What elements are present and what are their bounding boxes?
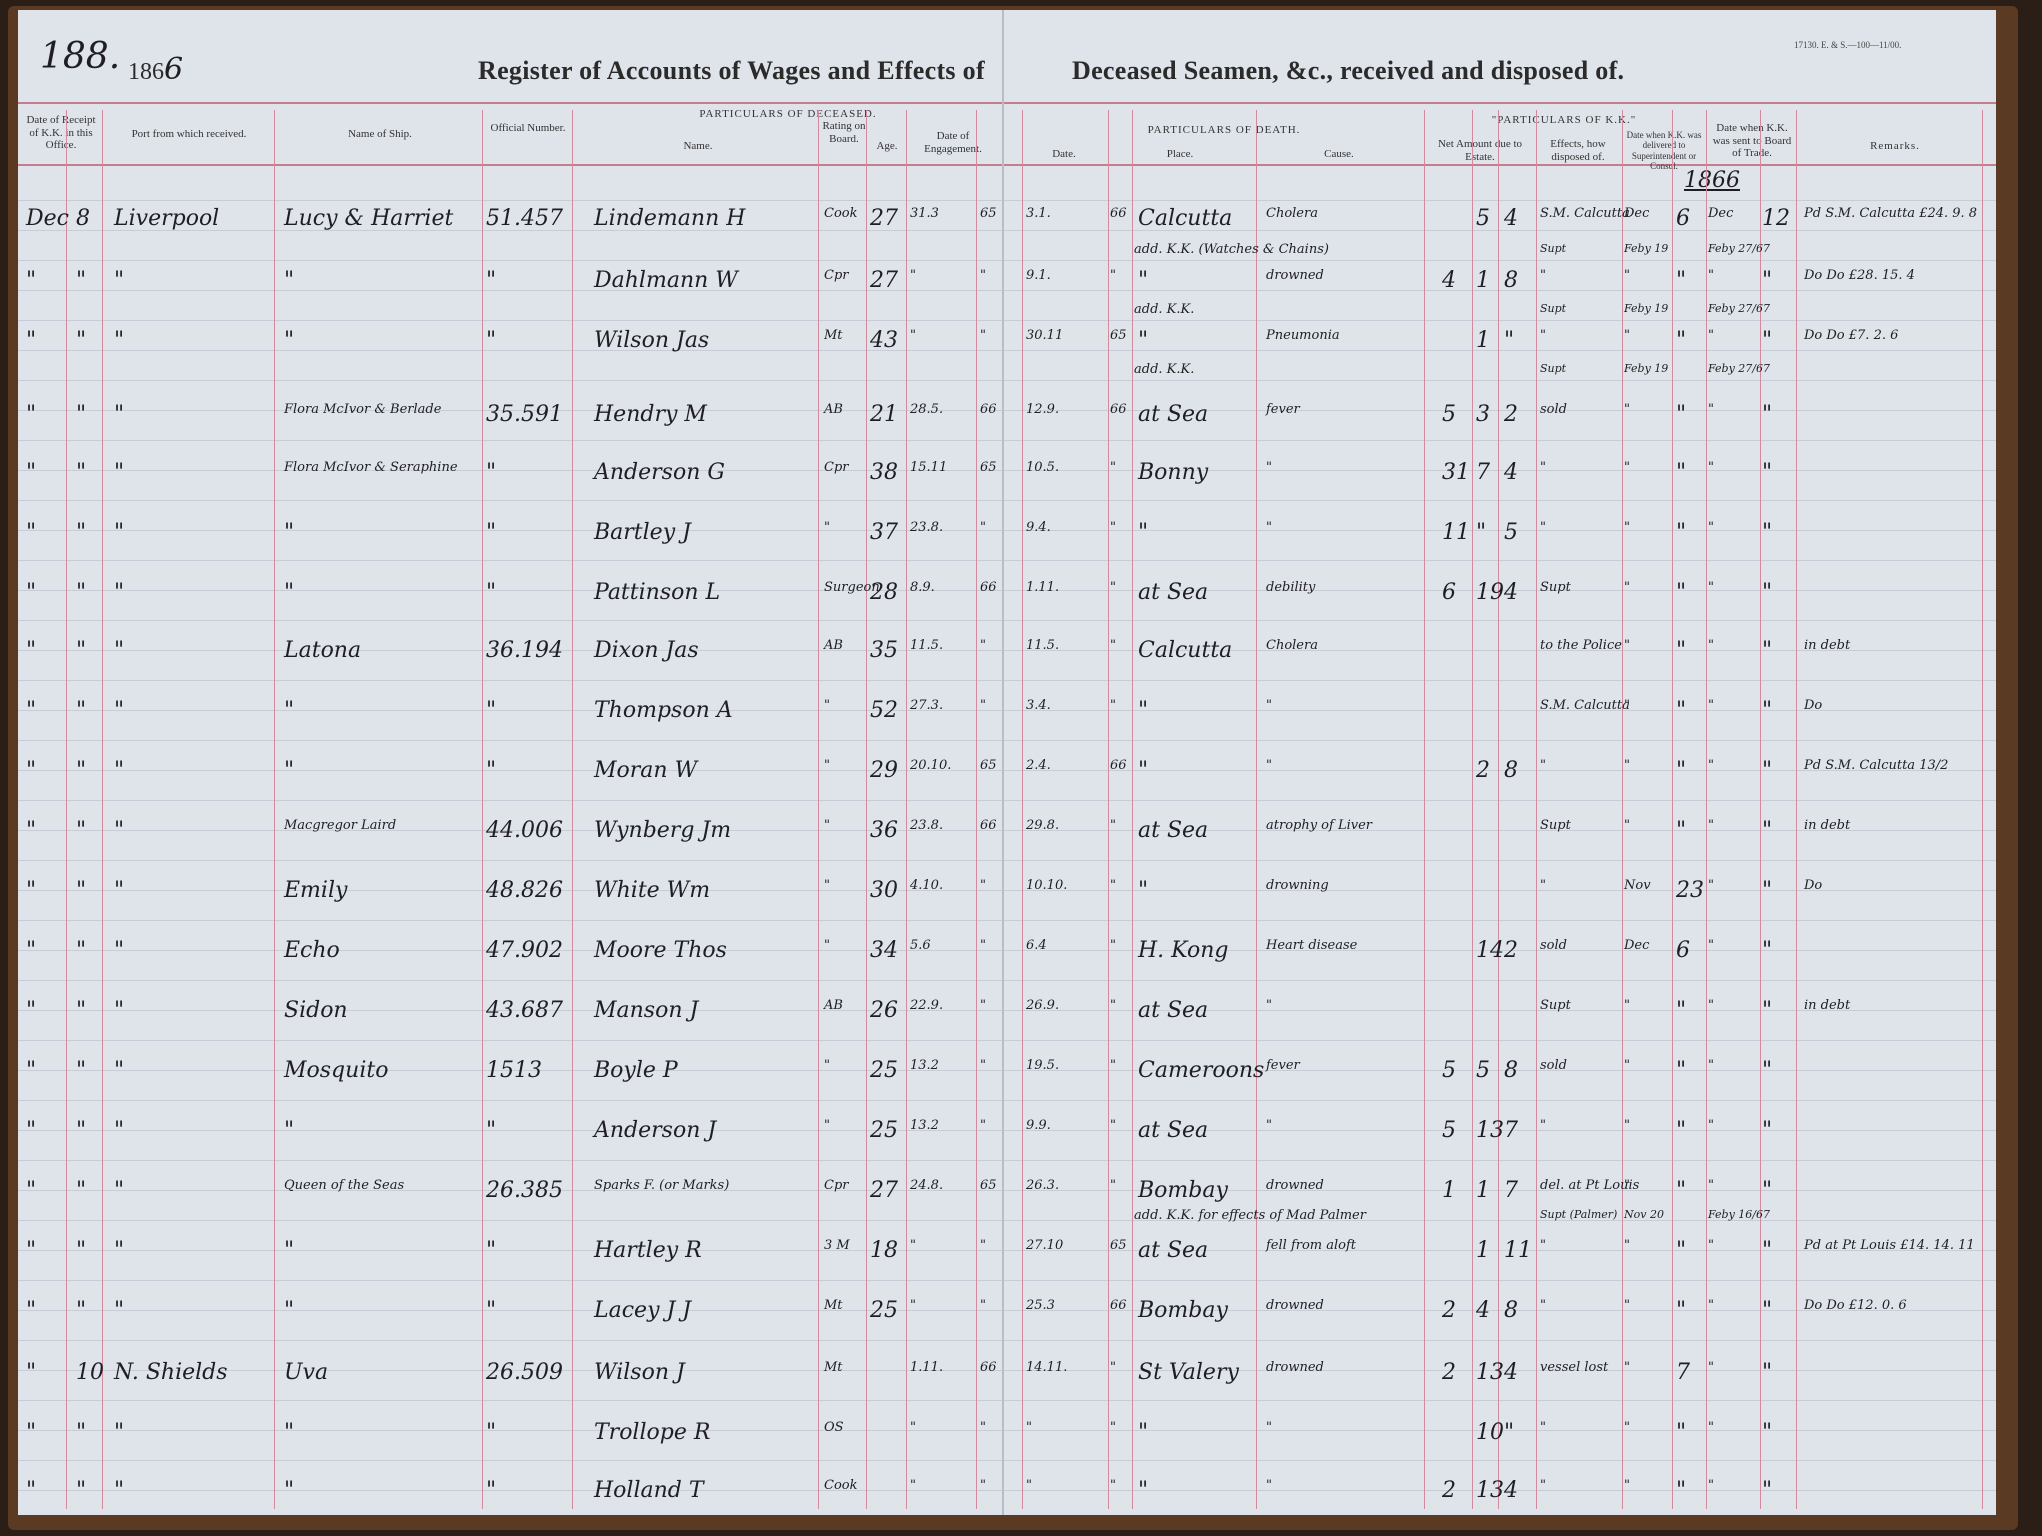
date-month: " [26,758,36,783]
delivered-month: " [1624,698,1630,713]
column-rule [976,110,977,1509]
date-day: 8 [76,206,90,231]
delivered-day: " [1676,1298,1686,1323]
official-number: 26.385 [486,1178,563,1203]
delivered-month: " [1624,1360,1630,1375]
date-day: " [76,1478,86,1503]
column-rule [1022,110,1023,1509]
seaman-name: Moran W [594,758,697,783]
ruled-line [18,560,1002,561]
death-year: " [1110,818,1116,833]
date-day: " [76,878,86,903]
seaman-name: Dahlmann W [594,268,738,293]
ruled-line [1004,560,1996,561]
port: " [114,998,124,1023]
death-cause: Cholera [1266,206,1318,221]
amount-pence: 11 [1504,1238,1532,1263]
death-date: " [1026,1478,1032,1493]
ruled-line [18,1100,1002,1101]
ruled-line [18,770,1002,771]
date-month: " [26,1118,36,1143]
column-rule [1498,110,1499,1509]
column-rule [1982,110,1983,1509]
date-day: " [76,818,86,843]
death-date: 14.11. [1026,1360,1067,1375]
ship-name: " [284,1238,294,1263]
death-cause: drowning [1266,878,1329,893]
seaman-name: Anderson J [594,1118,716,1143]
additional-kk-note: add. K.K. (Watches & Chains) [1134,242,1329,257]
rating: AB [824,638,843,653]
age: 21 [870,402,898,427]
ship-name: " [284,580,294,605]
ruled-line [18,500,1002,501]
death-date: 2.4. [1026,758,1051,773]
ruled-line [1004,1040,1996,1041]
ruled-line [1004,290,1996,291]
rating: " [824,1058,830,1073]
amount-shillings: 1 [1476,328,1490,353]
ruled-line [18,1460,1002,1461]
date-day: " [76,938,86,963]
port: " [114,818,124,843]
sent-day: " [1762,1178,1772,1203]
date-day: " [76,402,86,427]
engagement-year: 65 [980,1178,997,1193]
engagement-date: " [910,1420,916,1435]
official-number: " [486,268,496,293]
sent-day: " [1762,938,1772,963]
rating: Mt [824,1298,843,1313]
age: 34 [870,938,898,963]
ruled-line [1004,530,1996,531]
death-cause: " [1266,698,1272,713]
ship-name: " [284,1478,294,1503]
date-day: " [76,1178,86,1203]
ruled-line [18,860,1002,861]
age: 25 [870,1298,898,1323]
amount-pounds: 2 [1442,1360,1456,1385]
engagement-year: " [980,328,986,343]
amount-pence: " [1504,328,1514,353]
delivered-day: " [1676,998,1686,1023]
port: " [114,638,124,663]
engagement-date: 15.11 [910,460,947,475]
remarks: Do Do £28. 15. 4 [1804,268,1915,283]
date-month: " [26,1298,36,1323]
note-effects: Supt [1540,362,1566,375]
port: " [114,580,124,605]
header-bottom-rule [1004,164,1996,166]
effects-disposal: " [1540,328,1546,343]
port: " [114,402,124,427]
engagement-year: " [980,268,986,283]
seaman-name: Thompson A [594,698,733,723]
ruled-line [1004,1100,1996,1101]
delivered-day: " [1676,758,1686,783]
death-place: at Sea [1138,998,1208,1023]
ruled-line [1004,380,1996,381]
delivered-day: " [1676,638,1686,663]
delivered-day: " [1676,1238,1686,1263]
engagement-date: 23.8. [910,520,943,535]
seaman-name: Bartley J [594,520,691,545]
death-date: 10.5. [1026,460,1059,475]
year-marker-1866: 1866 [1684,168,1740,193]
date-month: " [26,878,36,903]
amount-pounds: 2 [1442,1478,1456,1503]
delivered-day: " [1676,402,1686,427]
death-year: " [1110,268,1116,283]
rating: " [824,878,830,893]
ruled-line [1004,1400,1996,1401]
death-place: St Valery [1138,1360,1239,1385]
death-year: 66 [1110,1298,1127,1313]
folio-number: 188. [40,36,120,77]
delivered-month: " [1624,1238,1630,1253]
date-month: " [26,402,36,427]
note-effects: Supt [1540,242,1566,255]
amount-shillings: 10 [1476,1420,1504,1445]
header-death-date: Date. [1024,148,1104,161]
effects-disposal: to the Police [1540,638,1622,653]
death-date: 9.9. [1026,1118,1051,1133]
death-date: " [1026,1420,1032,1435]
amount-pence: " [1504,1420,1514,1445]
seaman-name: White Wm [594,878,710,903]
remarks: Do [1804,698,1822,713]
official-number: 51.457 [486,206,563,231]
delivered-month: " [1624,460,1630,475]
sent-month: " [1708,460,1714,475]
column-rule [906,110,907,1509]
engagement-date: " [910,268,916,283]
sent-month: " [1708,1058,1714,1073]
ruled-line [18,260,1002,261]
port: " [114,328,124,353]
column-rule [482,110,483,1509]
port: " [114,1478,124,1503]
header-cause: Cause. [1254,148,1424,161]
amount-shillings: 19 [1476,580,1504,605]
note-sent: Feby 27/67 [1708,242,1770,255]
sent-month: " [1708,402,1714,417]
sent-month: " [1708,878,1714,893]
amount-shillings: 4 [1476,1298,1490,1323]
amount-shillings: 14 [1476,938,1504,963]
death-date: 3.4. [1026,698,1051,713]
death-year: 66 [1110,206,1127,221]
official-number: " [486,520,496,545]
additional-kk-note: add. K.K. [1134,362,1194,377]
delivered-month: " [1624,1178,1630,1193]
ruled-line [1004,260,1996,261]
death-date: 29.8. [1026,818,1059,833]
delivered-month: Dec [1624,206,1649,221]
delivered-month: " [1624,1118,1630,1133]
ship-name: " [284,520,294,545]
ship-name: " [284,1118,294,1143]
ruled-line [1004,680,1996,681]
official-number: " [486,328,496,353]
port: " [114,698,124,723]
sent-day: " [1762,1360,1772,1385]
sent-month: " [1708,328,1714,343]
date-day: " [76,268,86,293]
sent-month: Dec [1708,206,1733,221]
ruled-line [1004,1340,1996,1341]
seaman-name: Wilson Jas [594,328,709,353]
engagement-date: 27.3. [910,698,943,713]
column-rule [866,110,867,1509]
delivered-month: " [1624,328,1630,343]
age: 27 [870,206,898,231]
date-day: " [76,998,86,1023]
ship-name: Echo [284,938,340,963]
sent-month: " [1708,1360,1714,1375]
seaman-name: Sparks F. (or Marks) [594,1178,729,1193]
official-number: 44.006 [486,818,563,843]
ship-name: Sidon [284,998,348,1023]
ship-name: Macgregor Laird [284,818,396,833]
delivered-month: " [1624,580,1630,595]
engagement-year: " [980,1298,986,1313]
death-cause: fell from aloft [1266,1238,1356,1253]
death-date: 10.10. [1026,878,1067,893]
rating: " [824,758,830,773]
column-rule [1132,110,1133,1509]
amount-pounds: 5 [1442,1118,1456,1143]
column-rule [1108,110,1109,1509]
amount-pence: 8 [1504,1298,1518,1323]
date-day: " [76,460,86,485]
death-date: 27.10 [1026,1238,1063,1253]
effects-disposal: " [1540,1420,1546,1435]
header-top-rule [18,102,1002,104]
rating: " [824,520,830,535]
effects-disposal: " [1540,268,1546,283]
amount-shillings: 1 [1476,1238,1490,1263]
column-rule [572,110,573,1509]
effects-disposal: " [1540,460,1546,475]
column-rule [1424,110,1425,1509]
ship-name: Queen of the Seas [284,1178,404,1193]
header-sent-bot: Date when K.K. was sent to Board of Trad… [1708,122,1796,160]
note-delivered: Feby 19 [1624,302,1668,315]
death-cause: debility [1266,580,1315,595]
engagement-date: 31.3 [910,206,939,221]
death-place: " [1138,1420,1148,1445]
port: " [114,268,124,293]
delivered-day: " [1676,328,1686,353]
sent-month: " [1708,1420,1714,1435]
effects-disposal: vessel lost [1540,1360,1608,1375]
column-rule [818,110,819,1509]
delivered-day: " [1676,818,1686,843]
amount-pence: 8 [1504,758,1518,783]
date-month: " [26,1478,36,1503]
column-rule [1536,110,1537,1509]
death-year: " [1110,1118,1116,1133]
date-day: " [76,638,86,663]
engagement-date: 4.10. [910,878,943,893]
delivered-day: " [1676,698,1686,723]
remarks: in debt [1804,638,1850,653]
engagement-year: " [980,1058,986,1073]
delivered-day: " [1676,520,1686,545]
death-place: " [1138,268,1148,293]
death-cause: " [1266,1420,1272,1435]
note-effects: Supt (Palmer) [1540,1208,1617,1221]
amount-pence: 2 [1504,938,1518,963]
engagement-year: 66 [980,580,997,595]
header-place: Place. [1110,148,1250,161]
death-date: 6.4 [1026,938,1047,953]
remarks: Do Do £7. 2. 6 [1804,328,1898,343]
official-number: 26.509 [486,1360,563,1385]
engagement-year: " [980,1118,986,1133]
ruled-line [18,620,1002,621]
sent-month: " [1708,1478,1714,1493]
ruled-line [18,1130,1002,1131]
sent-month: " [1708,268,1714,283]
date-month: " [26,1238,36,1263]
ruled-line [1004,890,1996,891]
note-sent: Feby 27/67 [1708,362,1770,375]
note-delivered: Feby 19 [1624,242,1668,255]
year-printed: 1866 [128,52,183,87]
effects-disposal: Supt [1540,580,1571,595]
death-place: at Sea [1138,1118,1208,1143]
port: " [114,1178,124,1203]
age: 25 [870,1058,898,1083]
port: " [114,758,124,783]
sent-month: " [1708,580,1714,595]
engagement-date: 28.5. [910,402,943,417]
remarks: Do [1804,878,1822,893]
sent-day: " [1762,1478,1772,1503]
death-date: 26.9. [1026,998,1059,1013]
header-net-amount: Net Amount due to Estate. [1428,138,1532,163]
effects-disposal: sold [1540,402,1567,417]
sent-day: " [1762,1058,1772,1083]
ship-name: Flora McIvor & Seraphine [284,460,458,475]
header-top-rule [1004,102,1996,104]
ruled-line [18,920,1002,921]
sent-month: " [1708,1298,1714,1313]
death-cause: drowned [1266,268,1324,283]
date-month: " [26,818,36,843]
death-cause: atrophy of Liver [1266,818,1372,833]
rating: OS [824,1420,844,1435]
engagement-year: 66 [980,1360,997,1375]
death-year: " [1110,520,1116,535]
sent-month: " [1708,1238,1714,1253]
engagement-year: " [980,1420,986,1435]
ship-name: Lucy & Harriet [284,206,453,231]
column-rule [66,110,67,1509]
header-rating: Rating on Board. [822,120,866,145]
amount-pence: 4 [1504,1478,1518,1503]
official-number: " [486,1238,496,1263]
ship-name: Emily [284,878,347,903]
ruled-line [1004,740,1996,741]
ship-name: Mosquito [284,1058,388,1083]
age: 27 [870,268,898,293]
amount-shillings: 1 [1476,1178,1490,1203]
death-place: at Sea [1138,580,1208,605]
death-cause: " [1266,998,1272,1013]
amount-pence: 8 [1504,268,1518,293]
ship-name: " [284,1298,294,1323]
port: Liverpool [114,206,219,231]
sent-month: " [1708,1118,1714,1133]
engagement-year: " [980,520,986,535]
ruled-line [18,320,1002,321]
seaman-name: Manson J [594,998,698,1023]
port: " [114,1118,124,1143]
date-month: Dec [26,206,69,231]
ruled-line [18,980,1002,981]
ruled-line [18,680,1002,681]
engagement-year: " [980,698,986,713]
delivered-month: " [1624,1420,1630,1435]
effects-disposal: Supt [1540,818,1571,833]
official-number: 36.194 [486,638,563,663]
official-number: " [486,1420,496,1445]
ruled-line [1004,920,1996,921]
sent-month: " [1708,520,1714,535]
official-number: " [486,1478,496,1503]
port: N. Shields [114,1360,228,1385]
rating: Cook [824,1478,857,1493]
delivered-month: " [1624,998,1630,1013]
ruled-line [18,740,1002,741]
date-month: " [26,638,36,663]
right-page: Deceased Seamen, &c., received and dispo… [1004,10,1996,1515]
additional-kk-note: add. K.K. for effects of Mad Palmer [1134,1208,1366,1223]
note-delivered: Feby 19 [1624,362,1668,375]
remarks: Pd S.M. Calcutta £24. 9. 8 [1804,206,1977,221]
engagement-year: " [980,1478,986,1493]
column-rule [1760,110,1761,1509]
note-delivered: Nov 20 [1624,1208,1664,1221]
sent-day: " [1762,698,1772,723]
remarks: in debt [1804,818,1850,833]
ship-name: " [284,1420,294,1445]
amount-pounds: 1 [1442,1178,1456,1203]
seaman-name: Lacey J J [594,1298,691,1323]
seaman-name: Dixon Jas [594,638,699,663]
death-place: Cameroons [1138,1058,1264,1083]
official-number: " [486,1298,496,1323]
death-year: " [1110,698,1116,713]
death-cause: drowned [1266,1178,1324,1193]
effects-disposal: sold [1540,938,1567,953]
rating: " [824,1118,830,1133]
engagement-date: 22.9. [910,998,943,1013]
official-number: 47.902 [486,938,563,963]
engagement-year: 65 [980,206,997,221]
ruled-line [18,530,1002,531]
delivered-day: " [1676,1058,1686,1083]
amount-pence: 2 [1504,402,1518,427]
death-place: at Sea [1138,402,1208,427]
death-date: 19.5. [1026,1058,1059,1073]
age: 38 [870,460,898,485]
ruled-line [1004,800,1996,801]
age: 25 [870,1118,898,1143]
